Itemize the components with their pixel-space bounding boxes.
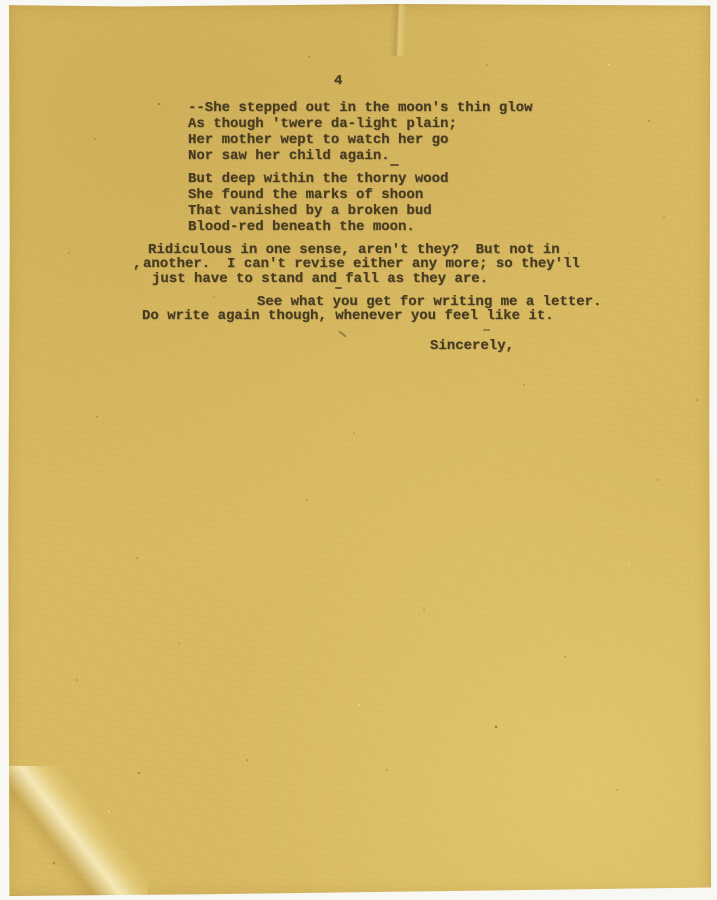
poem-line: She found the marks of shoon (188, 187, 423, 203)
stray-dash-mark (483, 329, 490, 331)
page-number: 4 (334, 73, 342, 89)
stray-dash-mark (335, 287, 342, 289)
crease-mark (389, 4, 407, 57)
poem-line: That vanished by a broken bud (188, 203, 432, 219)
signoff: Sincerely, (430, 338, 514, 354)
poem-line: As though 'twere da-light plain; (188, 116, 457, 132)
poem-line: But deep within the thorny wood (188, 171, 448, 187)
poem-line: Blood-red beneath the moon. (188, 219, 415, 235)
poem-line: Nor saw her child again. (188, 148, 390, 164)
closing-line: Do write again though, whenever you feel… (142, 308, 554, 324)
body-line: another. I can't revise either any more;… (143, 257, 580, 272)
paper-speckles (8, 4, 10, 6)
stray-dash-mark (390, 164, 399, 166)
poem-line: --She stepped out in the moon's thin glo… (188, 100, 532, 116)
scanned-letter: 4 --She stepped out in the moon's thin g… (0, 0, 717, 900)
corner-fold (8, 766, 148, 896)
poem-line: Her mother wept to watch her go (188, 132, 448, 148)
body-line: just have to stand and fall as they are. (152, 272, 488, 287)
stray-comma-mark: , (133, 257, 141, 272)
